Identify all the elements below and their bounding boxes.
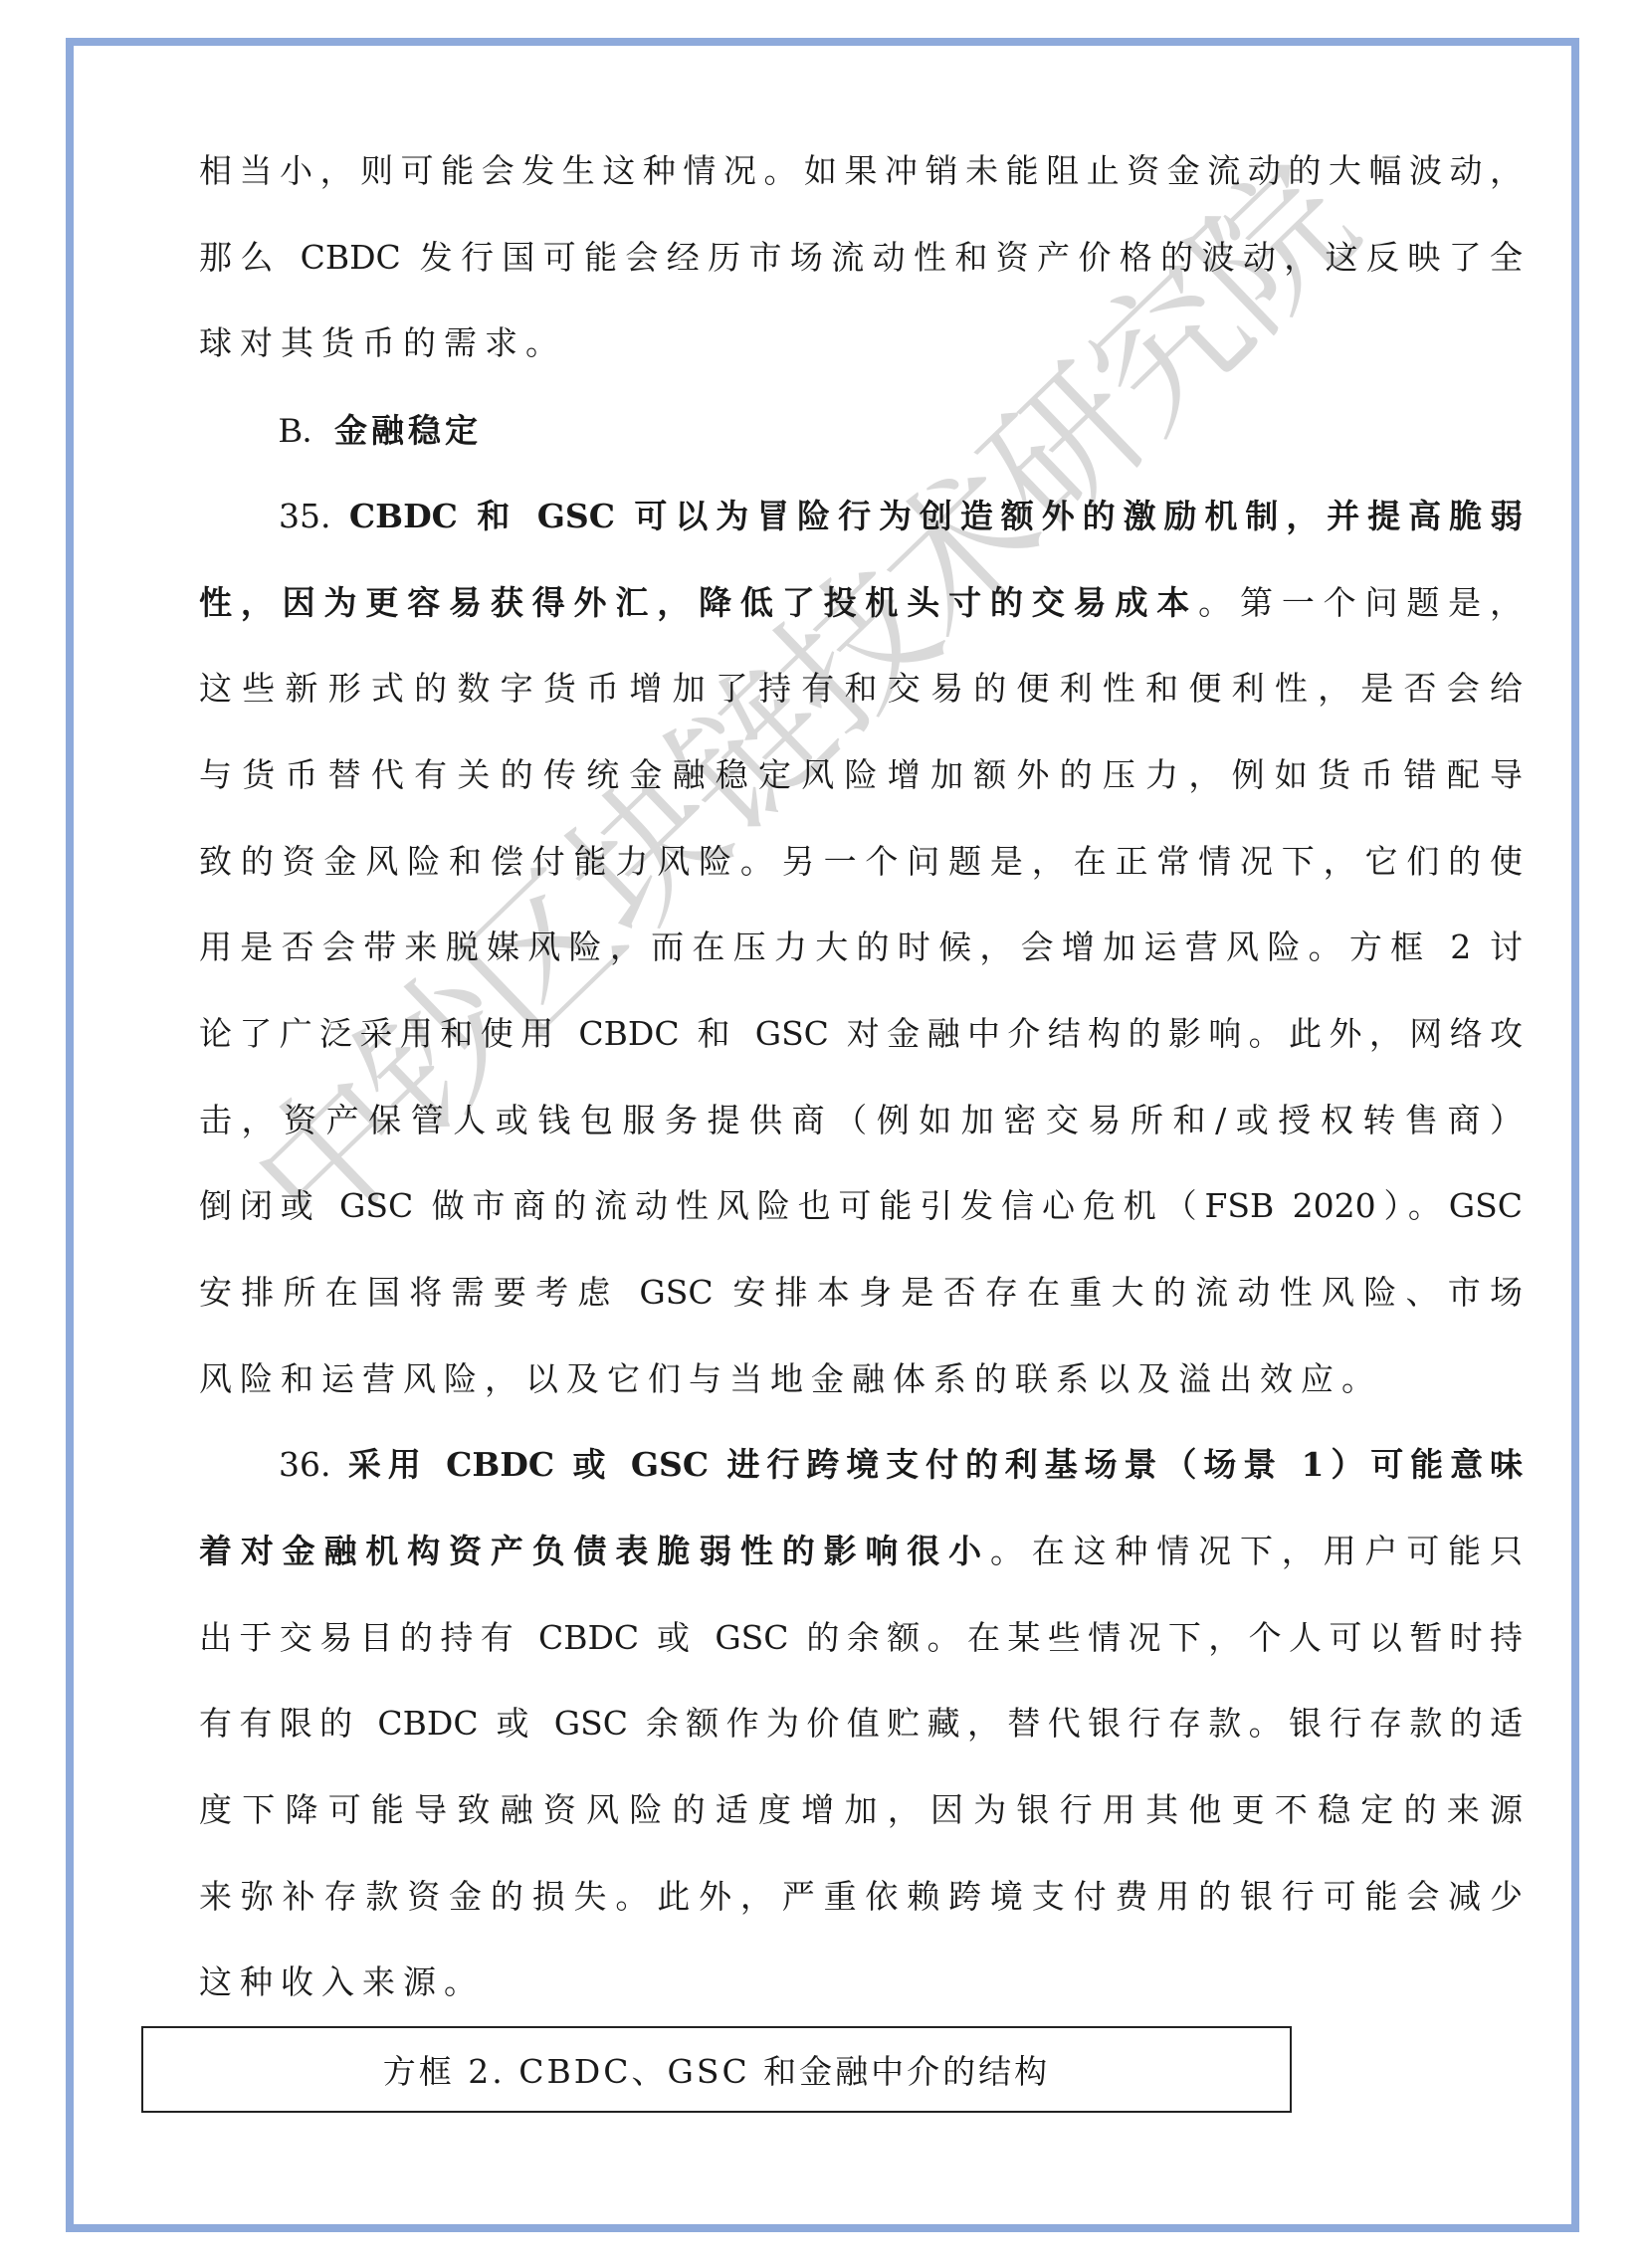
para35-line-7: 论了广泛采用和使用 CBDC 和 GSC 对金融中介结构的影响。此外，网络攻 [199,1004,1523,1064]
para36-line-1: 36. 采用 CBDC 或 GSC 进行跨境支付的利基场景（场景 1）可能意味 [199,1435,1523,1495]
para36-line-5: 度下降可能导致融资风险的适度增加，因为银行用其他更不稳定的来源 [199,1780,1523,1840]
intro-line-1: 相当小，则可能会发生这种情况。如果冲销未能阻止资金流动的大幅波动， [199,141,1523,201]
para35-line-11: 风险和运营风险，以及它们与当地金融体系的联系以及溢出效应。 [199,1349,1523,1409]
para36-line-4: 有有限的 CBDC 或 GSC 余额作为价值贮藏，替代银行存款。银行存款的适 [199,1694,1523,1753]
para36-line-2: 着对金融机构资产负债表脆弱性的影响很小。在这种情况下，用户可能只 [199,1522,1523,1581]
para35-line-4: 与货币替代有关的传统金融稳定风险增加额外的压力，例如货币错配导 [199,745,1523,805]
para35-line-6: 用是否会带来脱媒风险，而在压力大的时候，会增加运营风险。方框 2 讨 [199,918,1523,977]
section-title: 金融稳定 [334,411,482,450]
para36-number: 36. [279,1445,330,1484]
para36-bold-text-cont: 着对金融机构资产负债表脆弱性的影响很小 [199,1532,990,1570]
para35-line-10: 安排所在国将需要考虑 GSC 安排本身是否存在重大的流动性风险、市场 [199,1263,1523,1323]
section-letter: B. [279,400,334,460]
para35-line-5: 致的资金风险和偿付能力风险。另一个问题是，在正常情况下，它们的使 [199,832,1523,892]
intro-line-3: 球对其货币的需求。 [199,313,1523,373]
intro-line-2: 那么 CBDC 发行国可能会经历市场流动性和资产价格的波动，这反映了全 [199,228,1523,288]
para36-line-7: 这种收入来源。 [199,1953,1523,2012]
para35-line-2: 性，因为更容易获得外汇，降低了投机头寸的交易成本。第一个问题是， [199,573,1523,633]
para35-line-9: 倒闭或 GSC 做市商的流动性风险也可能引发信心危机（FSB 2020）。GSC [199,1176,1523,1236]
para35-number: 35. [279,497,330,535]
para35-regular-text: 。第一个问题是， [1198,583,1523,622]
para35-line-1: 35. CBDC 和 GSC 可以为冒险行为创造额外的激励机制，并提高脆弱 [199,487,1523,546]
para35-bold-text-cont: 性，因为更容易获得外汇，降低了投机头寸的交易成本 [199,583,1198,622]
para36-line-3: 出于交易目的持有 CBDC 或 GSC 的余额。在某些情况下，个人可以暂时持 [199,1608,1523,1668]
box2-title: 方框 2. CBDC、GSC 和金融中介的结构 [383,2046,1050,2093]
para35-line-3: 这些新形式的数字货币增加了持有和交易的便利性和便利性，是否会给 [199,659,1523,719]
para36-regular-text: 。在这种情况下，用户可能只 [990,1532,1523,1570]
para36-line-6: 来弥补存款资金的损失。此外，严重依赖跨境支付费用的银行可能会减少 [199,1867,1523,1927]
para35-line-8: 击，资产保管人或钱包服务提供商（例如加密交易所和/或授权转售商） [199,1091,1523,1150]
para35-bold-text: CBDC 和 GSC 可以为冒险行为创造额外的激励机制，并提高脆弱 [349,497,1523,535]
section-heading: B.金融稳定 [199,400,1523,460]
para36-bold-text: 采用 CBDC 或 GSC 进行跨境支付的利基场景（场景 1）可能意味 [348,1445,1523,1484]
box2-title-frame: 方框 2. CBDC、GSC 和金融中介的结构 [141,2026,1292,2113]
